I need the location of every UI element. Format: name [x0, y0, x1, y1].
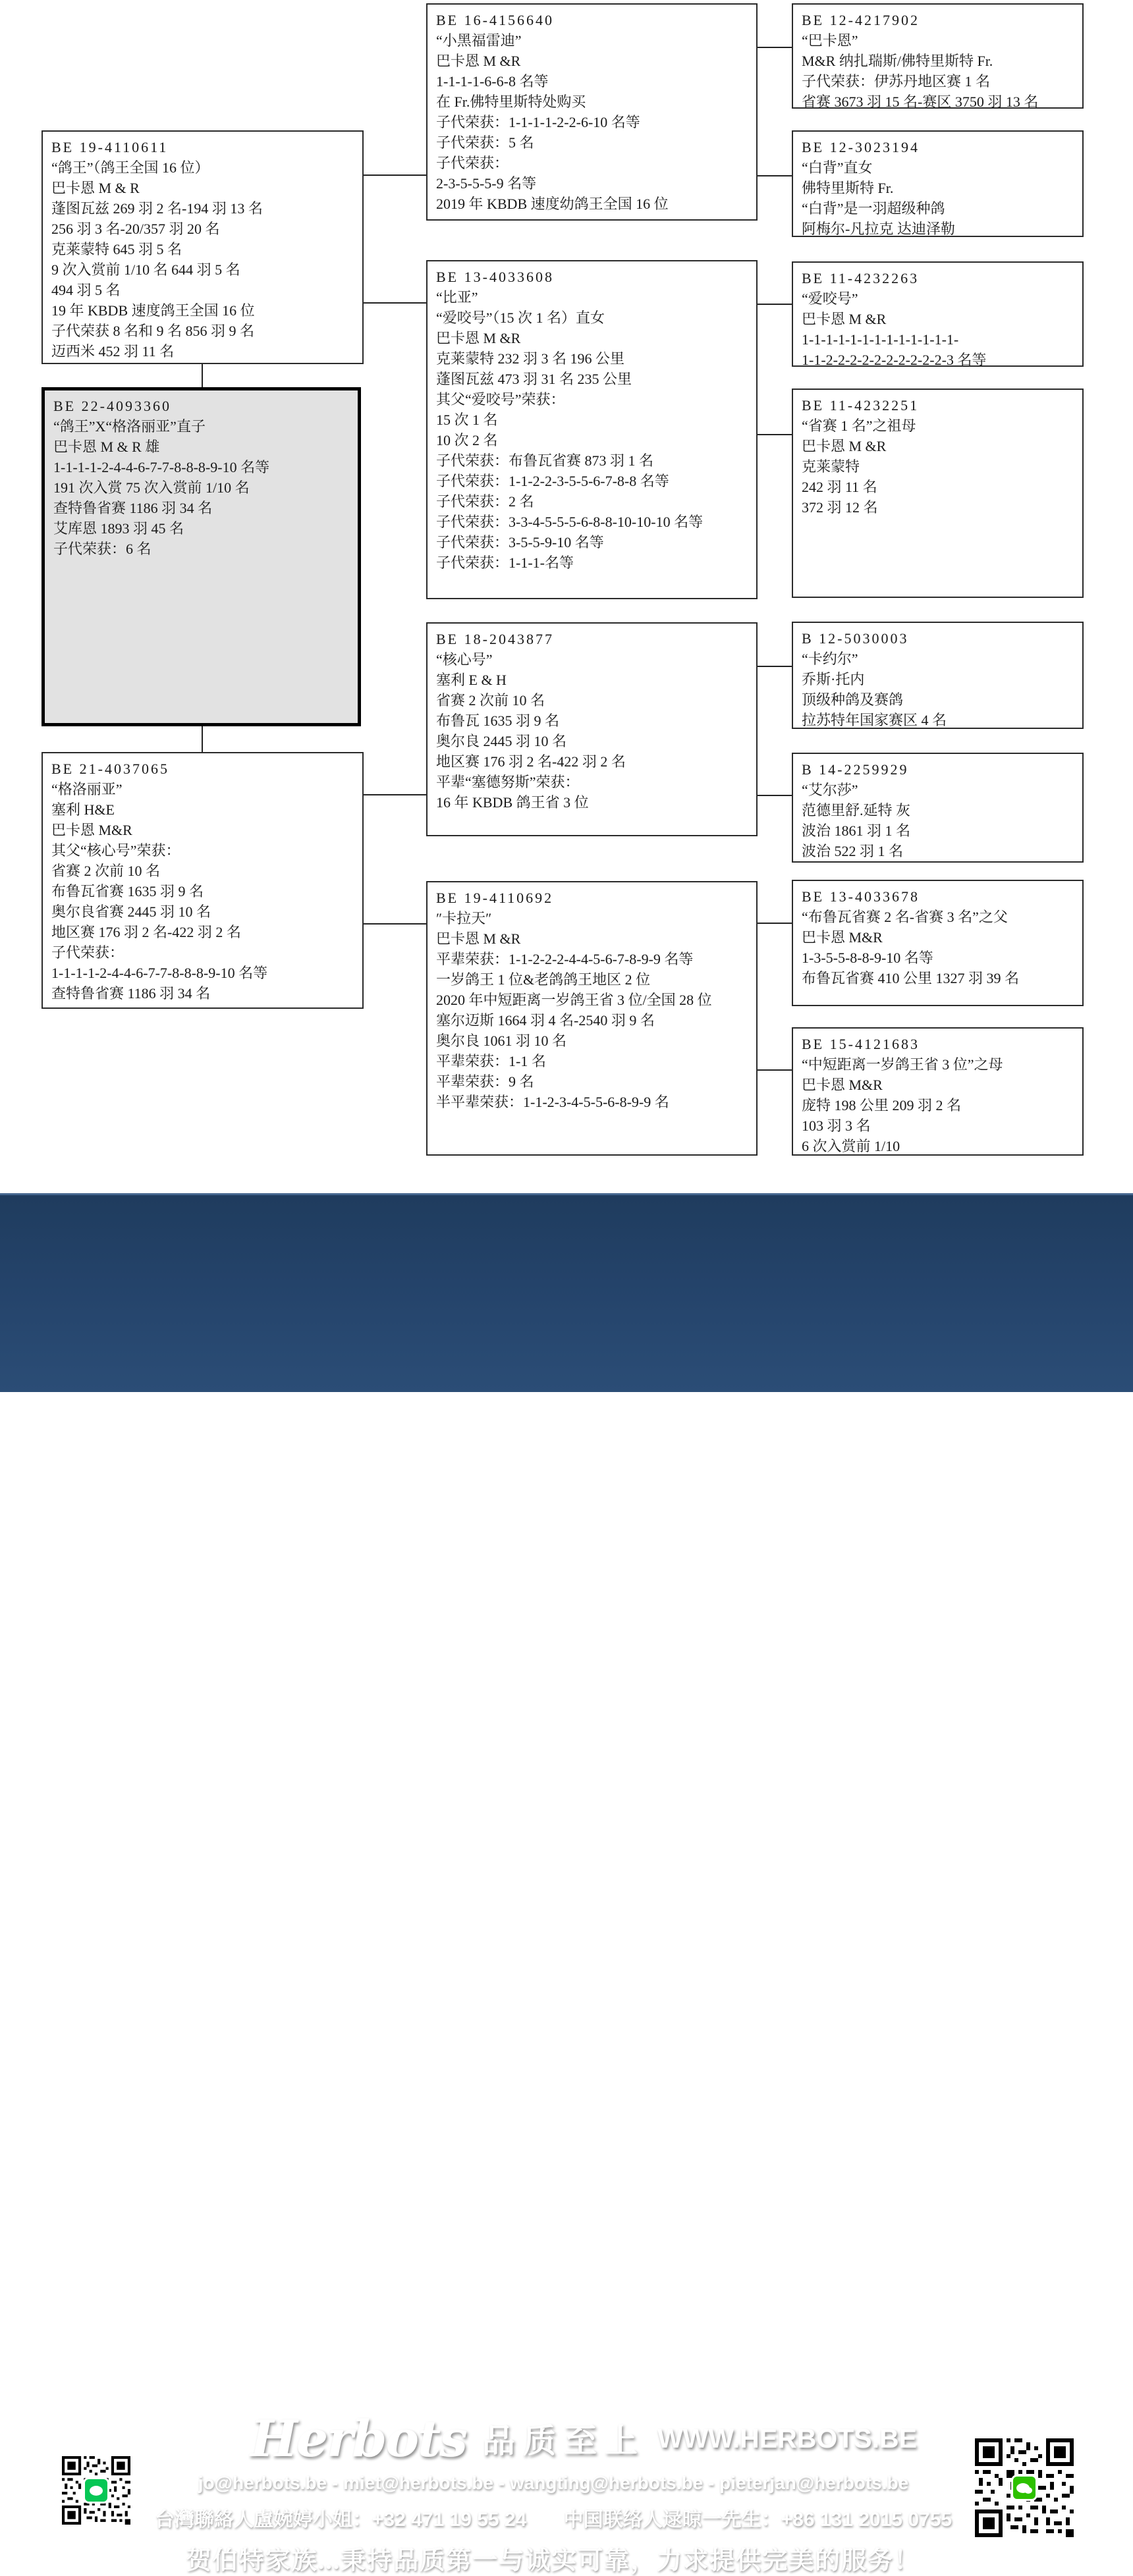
- text-line: 波治 1861 羽 1 名: [802, 820, 1074, 841]
- contact-china: 中国联络人逯晾一先生：+86 131 2015 0755: [564, 2509, 952, 2531]
- text-line: 省赛 2 次前 10 名: [436, 690, 748, 711]
- connector-subject-mother: [202, 726, 203, 752]
- pedigree-box-ggparent-4: BE 11-4232251“省赛 1 名”之祖母巴卡恩 M &R克莱蒙特242 …: [792, 389, 1084, 598]
- text-line: “白背”直女: [802, 157, 1074, 178]
- text-line: “省赛 1 名”之祖母: [802, 416, 1074, 436]
- text-line: 巴卡恩 M &R: [802, 436, 1074, 456]
- text-line: 子代荣获：3-5-5-9-10 名等: [436, 532, 748, 552]
- pedigree-box-ggparent-5: B 12-5030003“卡约尔”乔斯·托内顶级种鸽及赛鸽拉苏特年国家赛区 4 …: [792, 622, 1084, 729]
- text-line: 省赛 3673 羽 15 名-赛区 3750 羽 13 名: [802, 92, 1074, 109]
- text-line: 1-3-5-5-8-8-9-10 名等: [802, 948, 1074, 968]
- text-line: 克莱蒙特: [802, 456, 1074, 477]
- text-line: 巴卡恩 M &R: [436, 928, 748, 949]
- connector-gp1-gg1: [758, 47, 792, 48]
- text-line: BE 22-4093360: [53, 396, 349, 416]
- text-line: 范德里舒.延特 灰: [802, 800, 1074, 820]
- wechat-bubble-small: [1024, 2487, 1032, 2494]
- pedigree-box-father: BE 19-4110611“鸽王”（鸽王全国 16 位）巴卡恩 M & R蓬图瓦…: [41, 130, 364, 364]
- footer-emails: jo@herbots.be - miet@herbots.be - wangti…: [152, 2473, 955, 2494]
- text-line: 494 羽 5 名: [51, 280, 354, 300]
- text-line: 佛特里斯特 Fr.: [802, 178, 1074, 198]
- text-line: “比亚”: [436, 287, 748, 308]
- text-line: “卡约尔”: [802, 649, 1074, 669]
- text-line: 平辈荣获：1-1 名: [436, 1051, 748, 1071]
- text-line: 乔斯·托内: [802, 669, 1074, 689]
- text-line: 2-3-5-5-5-9 名等: [436, 173, 748, 194]
- text-line: 奥尔良省赛 2445 羽 10 名: [51, 901, 354, 922]
- text-line: 子代荣获：布鲁瓦省赛 873 羽 1 名: [436, 450, 748, 471]
- text-line: 塞利 E & H: [436, 670, 748, 690]
- text-line: ″卡拉天″: [436, 908, 748, 928]
- text-line: 布鲁瓦 1635 羽 9 名: [436, 711, 748, 731]
- text-line: 其父“爱咬号”荣获：: [436, 389, 748, 410]
- text-line: 巴卡恩 M&R: [802, 927, 1074, 948]
- text-line: 103 羽 3 名: [802, 1115, 1074, 1136]
- text-line: 查特鲁省赛 1186 羽 34 名: [51, 983, 354, 1004]
- text-line: BE 11-4232263: [802, 268, 1074, 288]
- text-line: 平辈荣获：9 名: [436, 1071, 748, 1092]
- text-line: 6 次入赏前 1/10: [802, 1136, 1074, 1156]
- connector-father-gp2: [364, 302, 426, 304]
- text-line: “中短距离一岁鸽王省 3 位”之母: [802, 1054, 1074, 1075]
- text-line: 子代荣获：1-1-1-名等: [436, 552, 748, 573]
- text-line: BE 11-4232251: [802, 395, 1074, 416]
- pedigree-box-ggparent-1: BE 12-4217902“巴卡恩”M&R 纳扎瑞斯/佛特里斯特 Fr.子代荣获…: [792, 3, 1084, 109]
- text-line: “巴卡恩”: [802, 30, 1074, 51]
- connector-gp3-gg5: [758, 666, 792, 667]
- text-line: “白背”是一羽超级种鸽: [802, 198, 1074, 219]
- connector-father-gp1: [364, 174, 426, 176]
- footer-banner: Herbots 品质至上 WWW.HERBOTS.BE jo@herbots.b…: [0, 1193, 1133, 1392]
- text-line: 子代荣获：1-1-2-2-3-5-5-6-7-8-8 名等: [436, 471, 748, 491]
- wechat-qr-code: [963, 2425, 1086, 2550]
- text-line: 子代荣获：6 名: [53, 539, 349, 559]
- text-line: 塞尔迈斯 1664 羽 4 名-2540 羽 9 名: [436, 1010, 748, 1031]
- text-line: 奥尔良 2445 羽 10 名: [436, 731, 748, 751]
- pedigree-box-ggparent-6: B 14-2259929“艾尔莎”范德里舒.延特 灰波治 1861 羽 1 名波…: [792, 753, 1084, 863]
- text-line: 巴卡恩 M & R: [51, 178, 354, 198]
- herbots-logo: Herbots: [250, 2409, 466, 2468]
- text-line: 巴卡恩 M &R: [436, 328, 748, 348]
- text-line: 1-1-2-2-2-2-2-2-2-2-2-2-3 名等: [802, 350, 1074, 367]
- text-line: 巴卡恩 M&R: [802, 1075, 1074, 1095]
- text-line: “核心号”: [436, 649, 748, 670]
- text-line: 372 羽 12 名: [802, 497, 1074, 518]
- text-line: BE 13-4033678: [802, 886, 1074, 907]
- pedigree-box-granddam-paternal: BE 13-4033608“比亚”“爱咬号”（15 次 1 名）直女巴卡恩 M …: [426, 260, 758, 599]
- text-line: 阿梅尔-凡拉克 达迪泽勒: [802, 219, 1074, 237]
- text-line: 巴卡恩 M & R 雄: [53, 437, 349, 457]
- text-line: 2019 年 KBDB 速度幼鸽王全国 16 位: [436, 194, 748, 214]
- text-line: 子代荣获：伊苏丹地区赛 1 名: [802, 71, 1074, 92]
- connector-gp4-gg7: [758, 923, 792, 924]
- text-line: 地区赛 176 羽 2 名-422 羽 2 名: [436, 751, 748, 772]
- text-line: 省赛 2 次前 10 名: [51, 861, 354, 881]
- text-line: 巴卡恩 M &R: [802, 309, 1074, 329]
- text-line: 顶级种鸽及赛鸽: [802, 689, 1074, 710]
- connector-mother-gp3: [364, 794, 426, 795]
- text-line: BE 18-2043877: [436, 629, 748, 649]
- pedigree-page: BE 19-4110611“鸽王”（鸽王全国 16 位）巴卡恩 M & R蓬图瓦…: [0, 0, 1133, 1390]
- text-line: 10 次 2 名: [436, 430, 748, 450]
- text-line: “布鲁瓦省赛 2 名-省赛 3 名”之父: [802, 907, 1074, 927]
- footer-content: Herbots 品质至上 WWW.HERBOTS.BE jo@herbots.b…: [152, 2405, 955, 2576]
- connector-gp4-gg8: [758, 1069, 792, 1071]
- connector-gp3-gg6: [758, 795, 792, 796]
- text-line: “格洛丽亚”: [51, 779, 354, 799]
- line-bubble: [90, 2486, 103, 2496]
- line-qr-code: [56, 2428, 136, 2553]
- text-line: 地区赛 176 羽 2 名-422 羽 2 名: [51, 922, 354, 942]
- connector-gp2-gg4: [758, 434, 792, 435]
- pedigree-box-ggparent-7: BE 13-4033678“布鲁瓦省赛 2 名-省赛 3 名”之父巴卡恩 M&R…: [792, 880, 1084, 1006]
- text-line: 克莱蒙特 645 羽 5 名: [51, 239, 354, 259]
- text-line: BE 19-4110611: [51, 137, 354, 157]
- text-line: 庞特 198 公里 209 羽 2 名: [802, 1095, 1074, 1115]
- text-line: 艾库恩 1893 羽 45 名: [53, 518, 349, 539]
- text-line: 迈西米 452 羽 11 名: [51, 341, 354, 362]
- text-line: 波治 522 羽 1 名: [802, 841, 1074, 861]
- text-line: BE 13-4033608: [436, 267, 748, 287]
- text-line: 布鲁瓦省赛 1635 羽 9 名: [51, 881, 354, 901]
- text-line: 克莱蒙特 232 羽 3 名 196 公里: [436, 348, 748, 369]
- text-line: 一岁鸽王 1 位&老鸽鸽王地区 2 位: [436, 969, 748, 990]
- text-line: “爱咬号”（15 次 1 名）直女: [436, 308, 748, 328]
- text-line: M&R 纳扎瑞斯/佛特里斯特 Fr.: [802, 51, 1074, 71]
- pedigree-box-ggparent-8: BE 15-4121683“中短距离一岁鸽王省 3 位”之母巴卡恩 M&R庞特 …: [792, 1027, 1084, 1156]
- text-line: 平辈“塞德努斯”荣获：: [436, 772, 748, 792]
- connector-mother-gp4: [364, 923, 426, 925]
- text-line: 蓬图瓦兹 269 羽 2 名-194 羽 13 名: [51, 198, 354, 219]
- pedigree-box-grandsire-paternal: BE 16-4156640“小黑福雷迪”巴卡恩 M &R1-1-1-1-6-6-…: [426, 3, 758, 221]
- text-line: 子代荣获：: [51, 942, 354, 963]
- text-line: 16 年 KBDB 鸽王省 3 位: [436, 792, 748, 813]
- text-line: “鸽王”X“格洛丽亚”直子: [53, 416, 349, 437]
- text-line: BE 16-4156640: [436, 10, 748, 30]
- text-line: 巴卡恩 M&R: [51, 820, 354, 840]
- text-line: 1-1-1-1-6-6-8 名等: [436, 71, 748, 92]
- text-line: 2020 年中短距离一岁鸽王省 3 位/全国 28 位: [436, 990, 748, 1010]
- line-icon: [83, 2477, 109, 2504]
- text-line: BE 19-4110692: [436, 888, 748, 908]
- text-line: 1-1-1-1-1-1-1-1-1-1-1-1-1-: [802, 329, 1074, 350]
- text-line: 在 Fr.佛特里斯特处购买: [436, 92, 748, 112]
- text-line: 1-1-1-1-2-4-4-6-7-7-8-8-8-9-10 名等: [53, 457, 349, 477]
- connector-gp2-gg3: [758, 304, 792, 305]
- text-line: 子代荣获：3-3-4-5-5-5-6-8-8-10-10-10 名等: [436, 512, 748, 532]
- text-line: 子代荣获：5 名: [436, 132, 748, 153]
- footer-tagline: 品质至上: [482, 2415, 646, 2462]
- text-line: “鸽王”（鸽王全国 16 位）: [51, 157, 354, 178]
- text-line: “爱咬号”: [802, 288, 1074, 309]
- text-line: 子代荣获：1-1-1-1-2-2-6-10 名等: [436, 112, 748, 132]
- footer-contacts: 台灣聯絡人盧婉婷小姐：+32 471 19 55 24 中国联络人逯晾一先生：+…: [152, 2503, 955, 2532]
- text-line: 平辈荣获：1-1-2-2-2-4-4-5-6-7-8-9-9 名等: [436, 949, 748, 969]
- text-line: 242 羽 11 名: [802, 477, 1074, 497]
- text-line: 1-1-1-1-2-4-4-6-7-7-8-8-8-9-10 名等: [51, 963, 354, 983]
- text-line: BE 15-4121683: [802, 1034, 1074, 1054]
- text-line: 19 年 KBDB 速度鸽王全国 16 位: [51, 300, 354, 321]
- text-line: B 12-5030003: [802, 628, 1074, 649]
- text-line: 拉苏特年国家赛区 4 名: [802, 710, 1074, 729]
- text-line: 巴卡恩 M &R: [436, 51, 748, 71]
- brand-row: Herbots 品质至上 WWW.HERBOTS.BE: [152, 2405, 955, 2471]
- text-line: 其父“核心号”荣获：: [51, 840, 354, 861]
- pedigree-box-grandsire-maternal: BE 18-2043877“核心号”塞利 E & H省赛 2 次前 10 名布鲁…: [426, 622, 758, 836]
- text-line: 15 次 1 名: [436, 410, 748, 430]
- text-line: 子代荣获 8 名和 9 名 856 羽 9 名: [51, 321, 354, 341]
- text-line: 查特鲁省赛 1186 羽 34 名: [53, 498, 349, 518]
- connector-gp1-gg2: [758, 175, 792, 176]
- pedigree-box-subject: BE 22-4093360“鸽王”X“格洛丽亚”直子巴卡恩 M & R 雄1-1…: [41, 387, 361, 726]
- wechat-icon: [1011, 2475, 1037, 2501]
- text-line: 蓬图瓦兹 473 羽 31 名 235 公里: [436, 369, 748, 389]
- text-line: 子代荣获：2 名: [436, 491, 748, 512]
- text-line: BE 12-3023194: [802, 137, 1074, 157]
- text-line: “艾尔莎”: [802, 780, 1074, 800]
- feather-icon: [190, 2423, 238, 2454]
- text-line: 塞利 H&E: [51, 799, 354, 820]
- footer-slogan: 贺伯特家族...秉持品质第一与诚实可靠，力求提供完美的服务！: [152, 2540, 955, 2576]
- pedigree-box-ggparent-3: BE 11-4232263“爱咬号”巴卡恩 M &R1-1-1-1-1-1-1-…: [792, 261, 1084, 367]
- pedigree-box-mother: BE 21-4037065“格洛丽亚”塞利 H&E巴卡恩 M&R其父“核心号”荣…: [41, 752, 364, 1009]
- text-line: B 14-2259929: [802, 759, 1074, 780]
- text-line: 布鲁瓦省赛 410 公里 1327 羽 39 名: [802, 968, 1074, 988]
- connector-father-subject: [202, 364, 203, 387]
- pedigree-box-ggparent-2: BE 12-3023194“白背”直女佛特里斯特 Fr.“白背”是一羽超级种鸽阿…: [792, 130, 1084, 237]
- text-line: 9 次入赏前 1/10 名 644 羽 5 名: [51, 259, 354, 280]
- text-line: BE 21-4037065: [51, 759, 354, 779]
- text-line: 256 羽 3 名-20/357 羽 20 名: [51, 219, 354, 239]
- text-line: 子代荣获：: [436, 153, 748, 173]
- text-line: 半平辈荣获：1-1-2-3-4-5-5-6-8-9-9 名: [436, 1092, 748, 1112]
- text-line: 奥尔良 1061 羽 10 名: [436, 1031, 748, 1051]
- pedigree-box-granddam-maternal: BE 19-4110692″卡拉天″巴卡恩 M &R平辈荣获：1-1-2-2-2…: [426, 881, 758, 1156]
- text-line: 191 次入赏 75 次入赏前 1/10 名: [53, 477, 349, 498]
- contact-taiwan: 台灣聯絡人盧婉婷小姐：+32 471 19 55 24: [155, 2509, 526, 2531]
- website-text: WWW.HERBOTS.BE: [657, 2423, 917, 2454]
- text-line: BE 12-4217902: [802, 10, 1074, 30]
- text-line: “小黑福雷迪”: [436, 30, 748, 51]
